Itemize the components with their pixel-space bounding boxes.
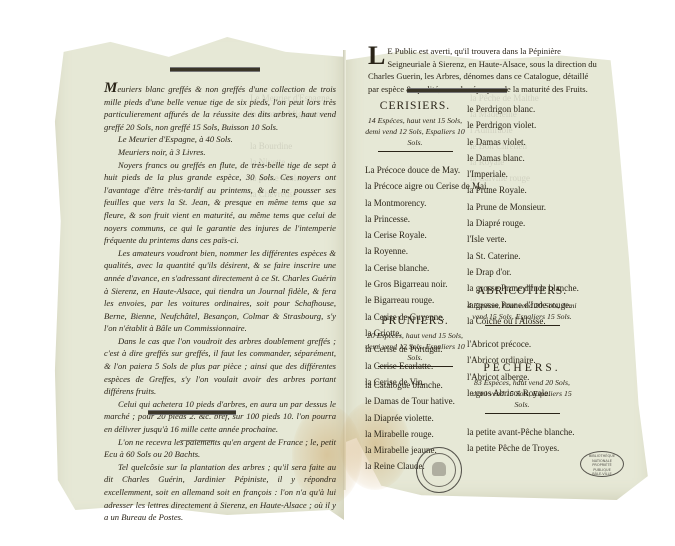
paragraph-black-mulberry: Meuriers noir, à 3 Livres. — [104, 146, 336, 159]
left-page-text: Meuriers blanc greffés & non greffés d'u… — [104, 82, 336, 524]
list-item: le Perdrigon violet. — [467, 117, 592, 133]
pechers-section: PECHERS. 83 Espéces, haut vend 20 Sols, … — [467, 362, 577, 457]
header-rule-right — [407, 88, 507, 93]
paragraph-bulk-discount: Celui qui achetera 10 pieds d'arbres, en… — [104, 398, 336, 436]
list-item: la Montmorency. — [365, 195, 465, 211]
section-divider — [378, 151, 453, 152]
section-title-pruniers: PRUNIERS. — [365, 315, 465, 328]
paragraph-ordering: Les amateurs voudront bien, nommer les d… — [104, 247, 336, 335]
dropcap-l: L — [368, 45, 385, 67]
list-item: la Cerise blanche. — [365, 260, 465, 276]
footer-rule-left — [148, 410, 236, 415]
price-pruniers: 20 Espéces, haut vend 15 Sols, demi vend… — [365, 330, 465, 363]
list-item: la Prune de Monsieur. — [467, 199, 592, 215]
paragraph-walnuts: Noyers francs ou greffés en flute, de tr… — [104, 159, 336, 247]
section-divider — [378, 366, 453, 367]
list-item: la Diapré rouge. — [467, 215, 592, 231]
paragraph-spanish-mulberry: Le Meurier d'Espagne, à 40 Sols. — [104, 133, 336, 146]
section-divider — [485, 413, 560, 414]
list-item: la Cerise Royale. — [365, 227, 465, 243]
header-rule-left — [170, 67, 260, 72]
price-pechers: 83 Espéces, haut vend 20 Sols, demi vend… — [467, 377, 577, 410]
section-title-abricotiers: ABRICOTIERS. — [467, 285, 577, 298]
seal-emblem-icon — [432, 462, 446, 476]
pechers-list: la petite avant-Pêche blanche. la petite… — [467, 424, 577, 457]
round-library-seal — [416, 447, 462, 493]
section-title-pechers: PECHERS. — [467, 362, 577, 375]
price-abricotiers: 4 Espéces, haut vend 20 Sols, demi vend … — [467, 300, 577, 322]
list-item: l'Isle verte. — [467, 231, 592, 247]
oval-property-stamp: BIBLIOTHÈQUE NATIONALE PROPRIÉTÉ PUBLIQU… — [580, 451, 624, 477]
list-item: le Perdrigon blanc. — [467, 101, 592, 117]
paragraph-payment: L'on ne recevra les paiements qu'en arge… — [104, 436, 336, 461]
list-item: la Prune Royale. — [467, 182, 592, 198]
paragraph-mulberry: Meuriers blanc greffés & non greffés d'u… — [104, 82, 336, 133]
section-title-cerisiers: CERISIERS. — [365, 100, 465, 113]
list-item: l'Abricot précoce. — [467, 336, 577, 352]
list-item: la Royenne. — [365, 243, 465, 259]
list-item: le Bigarreau rouge. — [365, 292, 465, 308]
list-item: le Gros Bigarreau noir. — [365, 276, 465, 292]
paragraph-double-grafts: Dans le cas que l'on voudroit des arbres… — [104, 335, 336, 398]
list-item: la Catalogue blanche. — [365, 377, 465, 393]
list-item: la Mirabelle rouge. — [365, 426, 465, 442]
list-item: le Damas violet. — [467, 134, 592, 150]
list-item: le Damas blanc. — [467, 150, 592, 166]
list-item: l'Imperiale. — [467, 166, 592, 182]
stamp-top-text: BIBLIOTHÈQUE NATIONALE — [581, 454, 623, 463]
list-item: la Princesse. — [365, 211, 465, 227]
list-item: la petite Pêche de Troyes. — [467, 440, 577, 456]
list-item: le Drap d'or. — [467, 264, 592, 280]
list-item: la Précoce aigre ou Cerise de Mai. — [365, 178, 465, 194]
price-cerisiers: 14 Espéces, haut vent 15 Sols, demi vend… — [365, 115, 465, 148]
paragraph-contact: Tel quelcôsie sur la plantation des arbr… — [104, 461, 336, 524]
section-divider — [485, 325, 560, 326]
stamp-bottom-text: BÂLE-VILLE — [581, 472, 623, 477]
list-item: La Précoce douce de May. — [365, 162, 465, 178]
dropcap-m: M — [104, 80, 117, 96]
list-item: la St. Caterine. — [467, 248, 592, 264]
footer-short-rule-left — [180, 440, 215, 441]
list-item: la Diaprée violette. — [365, 410, 465, 426]
list-item: la petite avant-Pêche blanche. — [467, 424, 577, 440]
list-item: le Damas de Tour hative. — [365, 393, 465, 409]
